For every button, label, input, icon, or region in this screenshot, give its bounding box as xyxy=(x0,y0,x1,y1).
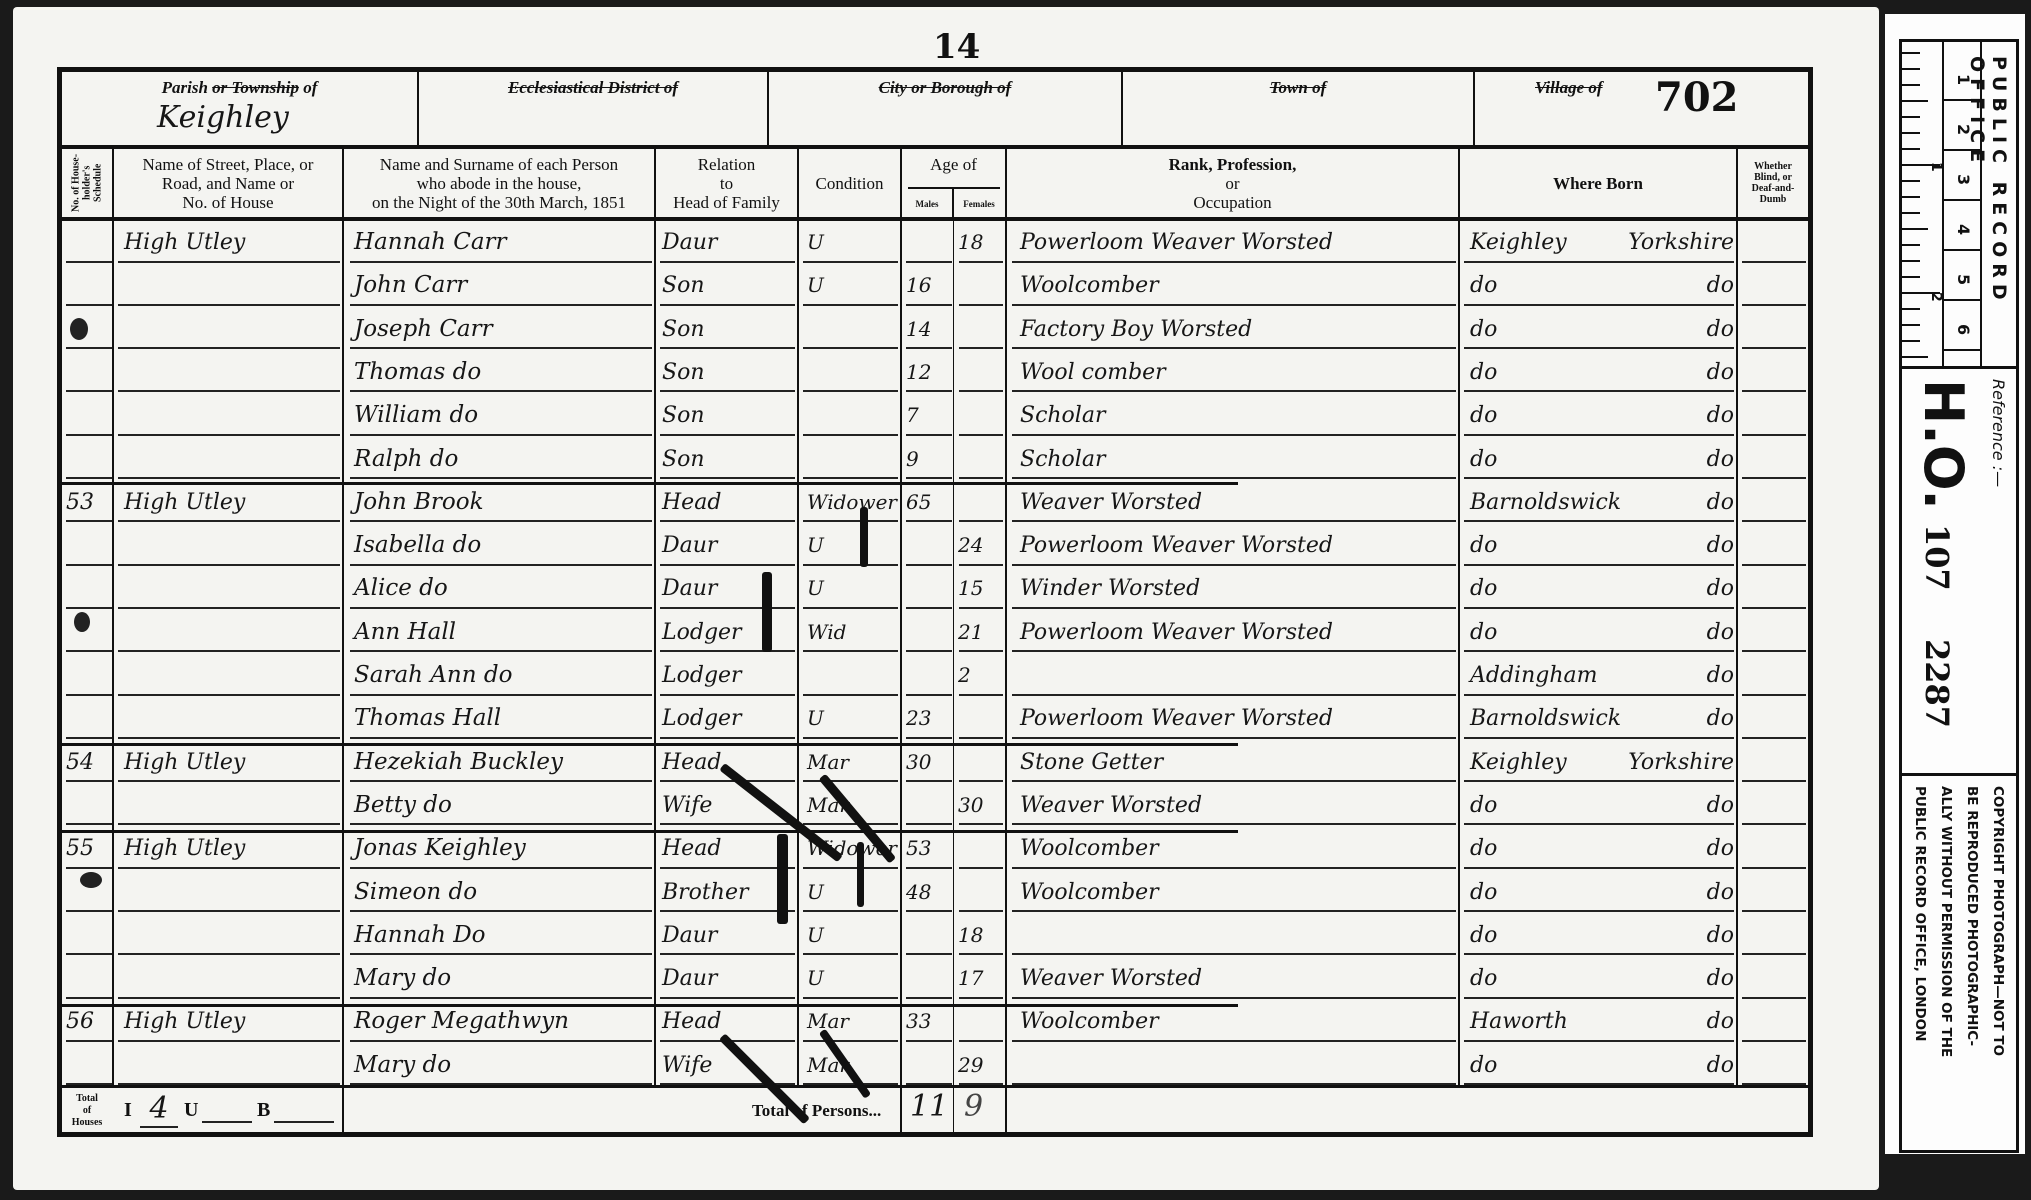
folio-number: 702 xyxy=(1655,74,1739,121)
copyright-line: COPYRIGHT PHOTOGRAPH—NOT TO xyxy=(1986,786,2010,1057)
cell-condition: U xyxy=(807,957,897,1001)
ruler-tick xyxy=(1902,52,1920,54)
ruler-tick xyxy=(1944,149,1980,151)
row-rule xyxy=(1742,477,1806,479)
cell-name: Ralph do xyxy=(354,438,652,482)
cell-relation: Son xyxy=(662,308,795,352)
cell-born-county: do xyxy=(1622,351,1734,395)
label-line: Houses xyxy=(62,1117,112,1129)
public-record-office-label: PUBLIC RECORD OFFICE xyxy=(1966,56,2010,366)
cell-female-age: 18 xyxy=(958,221,1003,265)
header-line: Occupation xyxy=(1193,193,1271,212)
cell-occupation: Stone Getter xyxy=(1020,741,1456,785)
ruler-box: PUBLIC RECORD OFFICE 123456 12 xyxy=(1899,39,2019,369)
copyright-line: PUBLIC RECORD OFFICE, LONDON xyxy=(1908,786,1932,1057)
cell-condition xyxy=(807,394,897,438)
cell-female-age xyxy=(958,871,1003,915)
village-cell: Village of 702 xyxy=(1475,72,1810,145)
cell-condition: U xyxy=(807,871,897,915)
cell-condition xyxy=(807,438,897,482)
column-header-schedule: No. of House-holder's Schedule xyxy=(62,147,112,219)
cell-born-county: do xyxy=(1622,264,1734,308)
town-label: Town of xyxy=(1123,78,1473,98)
cell-female-age xyxy=(958,308,1003,352)
row-rule xyxy=(1742,650,1806,652)
copyright-notice: COPYRIGHT PHOTOGRAPH—NOT TO BE REPRODUCE… xyxy=(1908,786,2010,1057)
ruler-tick xyxy=(1902,340,1920,342)
column-header-relation: Relation to Head of Family xyxy=(656,147,797,219)
reference-box: Reference :— H.O. 107 2287 xyxy=(1899,366,2019,776)
cell-street: High Utley xyxy=(124,481,340,525)
row-rule xyxy=(1742,347,1806,349)
label-line: of xyxy=(62,1105,112,1117)
cell-condition xyxy=(807,308,897,352)
ruler-tick xyxy=(1944,99,1980,101)
cell-name: John Brook xyxy=(354,481,652,525)
cell-name: Betty do xyxy=(354,784,652,828)
cell-male-age: 16 xyxy=(906,264,951,308)
ruler-divider xyxy=(1980,42,1982,366)
parish-value: Keighley xyxy=(157,100,289,135)
header-line: No. of House xyxy=(182,193,273,212)
cell-born-place: do xyxy=(1470,308,1620,352)
cell-male-age: 65 xyxy=(906,481,951,525)
column-header-condition: Condition xyxy=(799,147,900,219)
cell-street xyxy=(124,914,340,958)
cell-name: Thomas do xyxy=(354,351,652,395)
total-males: 11 xyxy=(910,1089,948,1124)
cell-male-age: 48 xyxy=(906,871,951,915)
cell-relation: Son xyxy=(662,438,795,482)
cell-occupation: Factory Boy Worsted xyxy=(1020,308,1456,352)
cell-street xyxy=(124,697,340,741)
cell-female-age: 29 xyxy=(958,1044,1003,1088)
cell-schedule xyxy=(66,1044,110,1088)
row-rule xyxy=(1742,261,1806,263)
census-row: Thomas HallLodgerU23Powerloom Weaver Wor… xyxy=(62,697,1808,741)
cell-name: Ann Hall xyxy=(354,611,652,655)
cell-occupation: Woolcomber xyxy=(1020,264,1456,308)
cell-male-age: 53 xyxy=(906,827,951,871)
cell-female-age: 15 xyxy=(958,567,1003,611)
tally-mark xyxy=(860,507,868,567)
ruler-cm-label: 5 xyxy=(1954,274,1973,285)
cell-born-county: do xyxy=(1622,438,1734,482)
cell-born-place: do xyxy=(1470,351,1620,395)
copyright-box: COPYRIGHT PHOTOGRAPH—NOT TO BE REPRODUCE… xyxy=(1899,773,2019,1153)
header-line: Rank, Profession, xyxy=(1169,155,1297,174)
cell-female-age: 18 xyxy=(958,914,1003,958)
census-row: Hannah DoDaurU18dodo xyxy=(62,914,1808,958)
cell-born-place: do xyxy=(1470,1044,1620,1088)
census-row: Simeon doBrotherU48Woolcomberdodo xyxy=(62,871,1808,915)
cell-born-place: Addingham xyxy=(1470,654,1620,698)
ruler-tick xyxy=(1902,276,1920,278)
header-line: Relation xyxy=(698,155,756,174)
building-blank xyxy=(274,1121,334,1123)
cell-condition: U xyxy=(807,914,897,958)
cell-born-place: do xyxy=(1470,394,1620,438)
column-header-name: Name and Surname of each Person who abod… xyxy=(344,147,654,219)
ruler-tick xyxy=(1902,68,1920,70)
cell-male-age xyxy=(906,524,951,568)
cell-relation: Son xyxy=(662,394,795,438)
row-rule xyxy=(1742,304,1806,306)
ruler-cm-label: 3 xyxy=(1954,174,1973,185)
building-label: B xyxy=(257,1099,270,1122)
cell-schedule xyxy=(66,697,110,741)
cell-relation: Lodger xyxy=(662,611,795,655)
row-rule xyxy=(1742,520,1806,522)
cell-schedule xyxy=(66,221,110,265)
page-number: 14 xyxy=(933,27,980,67)
ruler-cm-label: 1 xyxy=(1954,74,1973,85)
cell-relation: Daur xyxy=(662,221,795,265)
ruler-tick xyxy=(1902,196,1920,198)
cell-born-county: do xyxy=(1622,697,1734,741)
cell-occupation: Wool comber xyxy=(1020,351,1456,395)
cell-born-county: do xyxy=(1622,914,1734,958)
cell-relation: Head xyxy=(662,481,795,525)
census-row: Betty doWifeMar30Weaver Worsteddodo xyxy=(62,784,1808,828)
household-separator xyxy=(62,1004,1238,1007)
cell-male-age xyxy=(906,1044,951,1088)
census-row: John CarrSonU16Woolcomberdodo xyxy=(62,264,1808,308)
parish-label: Parish xyxy=(162,78,208,97)
cell-occupation: Scholar xyxy=(1020,394,1456,438)
cell-born-county: Yorkshire xyxy=(1622,221,1734,265)
total-houses-label: Total of Houses xyxy=(62,1093,112,1129)
cell-name: Isabella do xyxy=(354,524,652,568)
cell-female-age: 30 xyxy=(958,784,1003,828)
header-line: Name and Surname of each Person xyxy=(380,155,618,174)
cell-born-place: do xyxy=(1470,914,1620,958)
cell-street xyxy=(124,957,340,1001)
cell-male-age xyxy=(906,567,951,611)
cell-born-county: do xyxy=(1622,827,1734,871)
cell-name: John Carr xyxy=(354,264,652,308)
reference-folio: 2287 xyxy=(1918,639,1956,728)
cell-female-age xyxy=(958,264,1003,308)
males-label: Males xyxy=(902,199,952,209)
cell-schedule xyxy=(66,524,110,568)
cell-male-age xyxy=(906,784,951,828)
cell-condition xyxy=(807,351,897,395)
census-row: Isabella doDaurU24Powerloom Weaver Worst… xyxy=(62,524,1808,568)
cell-name: Jonas Keighley xyxy=(354,827,652,871)
tally-mark xyxy=(777,834,788,924)
cell-occupation: Powerloom Weaver Worsted xyxy=(1020,697,1456,741)
cell-relation: Lodger xyxy=(662,697,795,741)
cell-female-age xyxy=(958,741,1003,785)
census-row: Ralph doSon9Scholardodo xyxy=(62,438,1808,482)
cell-born-place: do xyxy=(1470,611,1620,655)
cell-born-county: do xyxy=(1622,957,1734,1001)
cell-born-place: Barnoldswick xyxy=(1470,697,1620,741)
ruler-tick xyxy=(1902,356,1928,358)
ruler-tick xyxy=(1902,324,1920,326)
cell-born-place: Barnoldswick xyxy=(1470,481,1620,525)
cell-street xyxy=(124,351,340,395)
cell-street xyxy=(124,654,340,698)
ecclesiastical-district-cell: Ecclesiastical District of xyxy=(419,72,767,145)
township-struck-label: or Township xyxy=(212,78,299,97)
row-rule xyxy=(1742,997,1806,999)
cell-male-age: 30 xyxy=(906,741,951,785)
cell-occupation: Weaver Worsted xyxy=(1020,784,1456,828)
row-rule xyxy=(1742,694,1806,696)
cell-born-county: do xyxy=(1622,394,1734,438)
cell-relation: Head xyxy=(662,827,795,871)
header-line: Dumb xyxy=(1760,194,1787,205)
cell-female-age: 21 xyxy=(958,611,1003,655)
ruler-tick xyxy=(1902,308,1920,310)
uninhabited-label: U xyxy=(184,1099,198,1122)
label-line: Total xyxy=(62,1093,112,1105)
cell-condition: U xyxy=(807,697,897,741)
cell-born-county: do xyxy=(1622,481,1734,525)
tally-mark xyxy=(857,842,864,907)
inhabited-value: 4 xyxy=(140,1091,178,1128)
cell-street xyxy=(124,264,340,308)
row-rule xyxy=(1742,1040,1806,1042)
cell-born-county: do xyxy=(1622,524,1734,568)
cell-female-age: 24 xyxy=(958,524,1003,568)
city-borough-label: City or Borough of xyxy=(879,78,1012,97)
cell-born-county: do xyxy=(1622,611,1734,655)
ruler-tick xyxy=(1902,212,1920,214)
cell-female-age xyxy=(958,827,1003,871)
town-cell: Town of xyxy=(1123,72,1473,145)
ruler-cm-label: 6 xyxy=(1954,324,1973,335)
females-label: Females xyxy=(953,199,1005,209)
column-header-occupation: Rank, Profession, or Occupation xyxy=(1007,147,1458,219)
cell-born-place: do xyxy=(1470,524,1620,568)
ruler-tick xyxy=(1902,100,1928,102)
cell-female-age: 2 xyxy=(958,654,1003,698)
census-row: William doSon7Scholardodo xyxy=(62,394,1808,438)
cell-occupation xyxy=(1020,1044,1456,1088)
cell-condition xyxy=(807,654,897,698)
header-line: or xyxy=(1225,174,1239,193)
cell-relation: Lodger xyxy=(662,654,795,698)
cell-condition: Wid xyxy=(807,611,897,655)
cell-occupation: Scholar xyxy=(1020,438,1456,482)
cell-schedule: 54 xyxy=(66,741,110,785)
totals-row: Total of Houses I 4 U B Total of Persons… xyxy=(62,1087,1808,1137)
cell-street xyxy=(124,567,340,611)
cell-female-age: 17 xyxy=(958,957,1003,1001)
cell-occupation: Powerloom Weaver Worsted xyxy=(1020,221,1456,265)
ruler-tick xyxy=(1944,199,1980,201)
ruler-tick xyxy=(1902,116,1920,118)
cell-street xyxy=(124,438,340,482)
cell-schedule xyxy=(66,914,110,958)
cell-name: William do xyxy=(354,394,652,438)
cell-born-county: do xyxy=(1622,654,1734,698)
household-separator xyxy=(62,830,1238,833)
row-rule xyxy=(1742,867,1806,869)
cell-female-age xyxy=(958,438,1003,482)
cell-born-place: do xyxy=(1470,827,1620,871)
cell-relation: Son xyxy=(662,264,795,308)
cell-street xyxy=(124,394,340,438)
ruler-tick xyxy=(1902,132,1920,134)
reference-label: Reference :— xyxy=(1989,379,2008,487)
age-of-label: Age of xyxy=(902,155,1005,175)
cell-relation: Daur xyxy=(662,567,795,611)
header-line: Road, and Name or xyxy=(162,174,294,193)
cell-street xyxy=(124,308,340,352)
cell-name: Simeon do xyxy=(354,871,652,915)
row-rule xyxy=(1742,607,1806,609)
total-females: 9 xyxy=(964,1089,983,1124)
cell-condition: U xyxy=(807,567,897,611)
cell-born-county: do xyxy=(1622,567,1734,611)
reference-series: H.O. xyxy=(1912,379,1975,510)
cell-born-county: do xyxy=(1622,1000,1734,1044)
cell-occupation xyxy=(1020,914,1456,958)
ruler-divider xyxy=(1942,42,1944,366)
cell-born-county: do xyxy=(1622,871,1734,915)
copyright-line: BE REPRODUCED PHOTOGRAPHIC- xyxy=(1960,786,1984,1057)
cell-male-age xyxy=(906,221,951,265)
cell-name: Hannah Do xyxy=(354,914,652,958)
cell-occupation xyxy=(1020,654,1456,698)
village-label: Village of xyxy=(1535,78,1603,97)
ruler-tick xyxy=(1902,148,1920,150)
cell-name: Mary do xyxy=(354,957,652,1001)
cell-street: High Utley xyxy=(124,221,340,265)
cell-born-place: do xyxy=(1470,871,1620,915)
cell-female-age xyxy=(958,394,1003,438)
ruler-inch-label: 1 xyxy=(1928,162,1944,172)
cell-street xyxy=(124,1044,340,1088)
reference-piece: 107 xyxy=(1918,524,1956,591)
cell-schedule xyxy=(66,394,110,438)
ecclesiastical-district-label: Ecclesiastical District of xyxy=(419,78,767,98)
cell-relation: Daur xyxy=(662,524,795,568)
ink-blot xyxy=(70,318,88,340)
census-row: High UtleyHannah CarrDaurU18Powerloom We… xyxy=(62,221,1808,265)
cell-born-county: Yorkshire xyxy=(1622,741,1734,785)
census-row: Alice doDaurU15Winder Worsteddodo xyxy=(62,567,1808,611)
row-rule xyxy=(1742,737,1806,739)
header-line: Deaf-and- xyxy=(1752,183,1795,194)
cell-male-age xyxy=(906,914,951,958)
census-row: 54High UtleyHezekiah BuckleyHeadMar30Sto… xyxy=(62,741,1808,785)
census-row: Thomas doSon12Wool comberdodo xyxy=(62,351,1808,395)
cell-female-age xyxy=(958,697,1003,741)
cell-relation: Daur xyxy=(662,957,795,1001)
cell-born-place: do xyxy=(1470,567,1620,611)
census-row: Joseph CarrSon14Factory Boy Worsteddodo xyxy=(62,308,1808,352)
column-header-blind: Whether Blind, or Deaf-and- Dumb xyxy=(1738,147,1808,219)
cell-relation: Daur xyxy=(662,914,795,958)
column-header-street: Name of Street, Place, or Road, and Name… xyxy=(114,147,342,219)
census-row: Mary doWifeMar29dodo xyxy=(62,1044,1808,1088)
cell-street xyxy=(124,871,340,915)
cell-schedule xyxy=(66,654,110,698)
cell-born-place: do xyxy=(1470,264,1620,308)
cell-occupation: Weaver Worsted xyxy=(1020,481,1456,525)
cell-street: High Utley xyxy=(124,827,340,871)
cell-born-place: Keighley xyxy=(1470,221,1620,265)
column-header-where-born: Where Born xyxy=(1460,147,1736,219)
ruler-tick xyxy=(1944,349,1980,351)
census-row: Ann HallLodgerWid21Powerloom Weaver Wors… xyxy=(62,611,1808,655)
row-rule xyxy=(1742,390,1806,392)
cell-male-age: 7 xyxy=(906,394,951,438)
inhabited-label: I xyxy=(124,1099,132,1122)
cell-male-age: 9 xyxy=(906,438,951,482)
city-borough-cell: City or Borough of xyxy=(769,72,1121,145)
ruler-tick xyxy=(1902,244,1920,246)
cell-schedule xyxy=(66,567,110,611)
archive-reference-strip: PUBLIC RECORD OFFICE 123456 12 Reference… xyxy=(1885,14,2025,1154)
total-persons-label: Total of Persons... xyxy=(752,1101,881,1121)
cell-relation: Son xyxy=(662,351,795,395)
cell-occupation: Powerloom Weaver Worsted xyxy=(1020,524,1456,568)
cell-occupation: Woolcomber xyxy=(1020,871,1456,915)
cell-female-age xyxy=(958,351,1003,395)
cell-schedule xyxy=(66,438,110,482)
cell-name: Mary do xyxy=(354,1044,652,1088)
cell-street: High Utley xyxy=(124,741,340,785)
household-separator xyxy=(62,743,1238,746)
census-row: 53High UtleyJohn BrookHeadWidower65Weave… xyxy=(62,481,1808,525)
copyright-line: ALLY WITHOUT PERMISSION OF THE xyxy=(1934,786,1958,1057)
parish-of-label: of xyxy=(303,78,317,97)
cell-schedule: 55 xyxy=(66,827,110,871)
cell-name: Hezekiah Buckley xyxy=(354,741,652,785)
row-rule xyxy=(1742,434,1806,436)
cell-male-age: 12 xyxy=(906,351,951,395)
header-line: Whether xyxy=(1754,161,1792,172)
header-line: Head of Family xyxy=(673,193,780,212)
cell-schedule xyxy=(66,957,110,1001)
header-line: to xyxy=(720,174,733,193)
cell-schedule: 53 xyxy=(66,481,110,525)
ink-blot xyxy=(80,872,102,888)
uninhabited-blank xyxy=(202,1121,252,1123)
cell-male-age: 14 xyxy=(906,308,951,352)
ruler-tick xyxy=(1944,249,1980,251)
ruler-inch-label: 2 xyxy=(1928,292,1944,302)
cell-born-county: do xyxy=(1622,308,1734,352)
census-form: Parish or Township of Keighley Ecclesias… xyxy=(57,67,1813,1137)
tally-mark xyxy=(762,572,772,652)
cell-name: Hannah Carr xyxy=(354,221,652,265)
cell-occupation: Weaver Worsted xyxy=(1020,957,1456,1001)
cell-name: Thomas Hall xyxy=(354,697,652,741)
cell-born-place: do xyxy=(1470,957,1620,1001)
cell-male-age xyxy=(906,957,951,1001)
cell-condition: U xyxy=(807,524,897,568)
row-rule xyxy=(1742,564,1806,566)
cell-schedule xyxy=(66,784,110,828)
cell-condition: U xyxy=(807,221,897,265)
census-row: Mary doDaurU17Weaver Worsteddodo xyxy=(62,957,1808,1001)
cell-born-county: do xyxy=(1622,1044,1734,1088)
cell-male-age xyxy=(906,654,951,698)
cell-female-age xyxy=(958,481,1003,525)
ruler-tick xyxy=(1902,260,1920,262)
census-rows: High UtleyHannah CarrDaurU18Powerloom We… xyxy=(62,221,1808,1087)
cell-occupation: Powerloom Weaver Worsted xyxy=(1020,611,1456,655)
cell-born-county: do xyxy=(1622,784,1734,828)
cell-male-age: 23 xyxy=(906,697,951,741)
